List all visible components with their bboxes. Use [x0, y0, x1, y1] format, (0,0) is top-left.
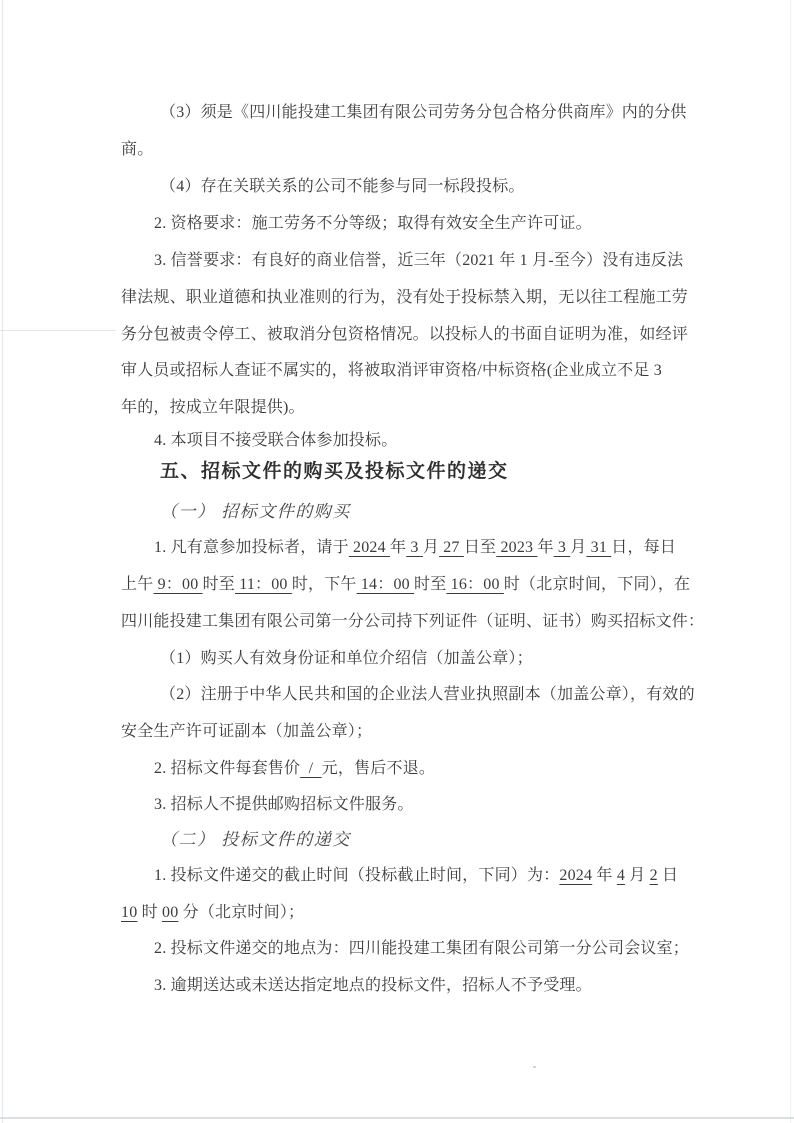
underlined-blank-value: 27: [439, 539, 464, 556]
text-segment: 年: [592, 867, 617, 884]
text-segment: 1. 投标文件递交的截止时间（投标截止时间，下同）为：: [154, 867, 559, 884]
underlined-blank-value: 11：00: [235, 576, 292, 593]
section5-heading: 五、招标文件的购买及投标文件的递交: [160, 459, 509, 484]
scan-bottom-edge-line: [0, 1117, 794, 1119]
text-segment: 时，下午: [292, 576, 357, 593]
text-segment: 上午: [121, 576, 153, 593]
text-segment: 元，售后不退。: [322, 760, 435, 777]
text-segment: 时至: [203, 576, 235, 593]
underlined-blank-value: /: [300, 760, 321, 777]
credit-requirement-line1: 3. 信誉要求：有良好的商业信誉，近三年（2021 年 1 月-至今）没有违反法: [154, 250, 683, 272]
scanned-document-page: （3）须是《四川能投建工集团有限公司劳务分包合格分供商库》内的分供 商。 （4）…: [0, 0, 794, 1123]
credit-requirement-line3: 务分包被责令停工、被取消分包资格情况。以投标人的书面自证明为准，如经评: [121, 324, 688, 346]
scan-speck-artifact: [533, 1066, 536, 1068]
text-segment: 时（北京时间，下同），在: [504, 576, 690, 593]
text-segment: 2. 招标文件每套售价: [154, 760, 300, 777]
purchase-item1-line2: 上午 9：00 时至 11：00 时，下午 14：00 时至 16：00 时（北…: [121, 574, 690, 596]
underlined-blank-value: 2: [650, 867, 658, 884]
underlined-blank-value: 2023: [496, 539, 537, 556]
scan-left-edge-line: [2, 0, 3, 1123]
text-segment: 年: [537, 539, 553, 556]
text-segment: 年: [390, 539, 406, 556]
text-segment: 月: [423, 539, 439, 556]
purchase-cert-2-line2: 安全生产许可证副本（加盖公章）；: [121, 721, 372, 743]
doc-price-item: 2. 招标文件每套售价 / 元，售后不退。: [154, 758, 435, 780]
qualification-requirement: 2. 资格要求：施工劳务不分等级；取得有效安全生产许可证。: [154, 213, 592, 235]
scan-right-edge-line: [790, 0, 791, 1123]
delivery-location-item: 2. 投标文件递交的地点为：四川能投建工集团有限公司第一分公司会议室；: [154, 938, 689, 960]
underlined-blank-value: 3: [554, 539, 571, 556]
text-segment: 1. 凡有意参加投标者，请于: [154, 539, 349, 556]
subsection-2-heading: （二） 投标文件的递交: [160, 829, 351, 851]
underlined-blank-value: 4: [617, 867, 625, 884]
text-segment: 时至: [414, 576, 446, 593]
underlined-blank-value: 31: [586, 539, 611, 556]
no-consortium-clause: 4. 本项目不接受联合体参加投标。: [154, 430, 397, 452]
credit-requirement-line4: 审人员或招标人查证不属实的，将被取消评审资格/中标资格(企业成立不足 3: [121, 360, 662, 382]
clause-4: （4）存在关联关系的公司不能参与同一标段投标。: [160, 176, 525, 198]
late-delivery-item: 3. 逾期送达或未送达指定地点的投标文件，招标人不予受理。: [154, 975, 592, 997]
underlined-blank-value: 2024: [559, 867, 592, 884]
purchase-item1-line3: 四川能投建工集团有限公司第一分公司持下列证件（证明、证书）购买招标文件：: [121, 611, 704, 633]
text-segment: 日: [658, 867, 678, 884]
purchase-item1-line1: 1. 凡有意参加投标者，请于 2024 年 3 月 27 日至 2023 年 3…: [154, 537, 676, 559]
purchase-cert-1: （1）购买人有效身份证和单位介绍信（加盖公章）；: [160, 648, 533, 670]
text-segment: 日至: [464, 539, 496, 556]
text-segment: 月: [570, 539, 586, 556]
deadline-item-line2: 10 时 00 分（北京时间）；: [121, 902, 304, 924]
credit-requirement-line2: 律法规、职业道德和执业准则的行为，没有处于投标禁入期，无以往工程施工劳: [121, 287, 688, 309]
text-segment: 日，每日: [611, 539, 676, 556]
underlined-blank-value: 16：00: [446, 576, 503, 593]
underlined-blank-value: 2024: [349, 539, 390, 556]
scan-streak-artifact: [0, 330, 116, 331]
text-segment: 时: [137, 904, 162, 921]
clause-3-line2: 商。: [121, 139, 153, 161]
deadline-item-line1: 1. 投标文件递交的截止时间（投标截止时间，下同）为：2024 年 4 月 2 …: [154, 865, 678, 887]
text-segment: 月: [625, 867, 650, 884]
clause-3-line1: （3）须是《四川能投建工集团有限公司劳务分包合格分供商库》内的分供: [160, 102, 687, 124]
underlined-blank-value: 9：00: [153, 576, 202, 593]
underlined-blank-value: 3: [406, 539, 423, 556]
purchase-cert-2-line1: （2）注册于中华人民共和国的企业法人营业执照副本（加盖公章），有效的: [160, 684, 695, 706]
no-mail-order-item: 3. 招标人不提供邮购招标文件服务。: [154, 794, 414, 816]
underlined-blank-value: 14：00: [357, 576, 414, 593]
credit-requirement-line5: 年的，按成立年限提供)。: [121, 397, 305, 419]
subsection-1-heading: （一） 招标文件的购买: [160, 501, 351, 523]
underlined-blank-value: 10: [121, 904, 137, 921]
underlined-blank-value: 00: [162, 904, 178, 921]
text-segment: 分（北京时间）；: [178, 904, 304, 921]
